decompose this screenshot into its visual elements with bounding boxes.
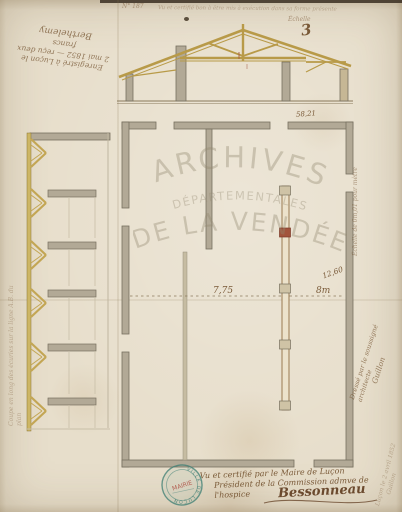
scanned-archive-plan: Enregistré à Luçon le 2 mai 1852 — reçu … — [0, 0, 402, 512]
watermark-line1: ARCHIVES — [147, 140, 335, 194]
manger-bars — [48, 190, 96, 405]
scale-note: Échelle de 0m,01 pour mètre — [352, 144, 360, 256]
header-number: N° 187 — [122, 3, 144, 11]
dim-left: 7,75 — [213, 286, 233, 297]
archive-watermark: ARCHIVES DÉPARTEMENTALES DE LA VENDÉE — [133, 138, 347, 256]
svg-text:DE LA VENDÉE: DE LA VENDÉE — [133, 207, 347, 256]
ground-line — [117, 101, 353, 104]
long-wall-line — [27, 133, 31, 431]
side-elevation-section — [22, 126, 114, 436]
timber-frame — [119, 24, 351, 80]
dim-right: 8m — [316, 286, 330, 297]
mairie-stamp-icon: VILLE DE LUÇON MAIRIE — [154, 457, 211, 512]
registration-note: Enregistré à Luçon le 2 mai 1852 — reçu … — [4, 19, 124, 74]
stall-lines — [69, 197, 95, 428]
roof-truss-section — [110, 12, 360, 107]
watermark-line3: DE LA VENDÉE — [133, 207, 347, 256]
chevron-trusses — [31, 139, 46, 425]
dim-top: 58,21 — [296, 109, 317, 119]
svg-text:ARCHIVES: ARCHIVES — [147, 140, 335, 194]
top-wall-bar — [30, 133, 110, 140]
scan-edge-top — [100, 0, 402, 3]
side-note: Coupe en long des écuries sur la ligne A… — [8, 284, 23, 426]
signature-flourish — [262, 497, 380, 507]
interior-partition-lower — [183, 252, 187, 460]
